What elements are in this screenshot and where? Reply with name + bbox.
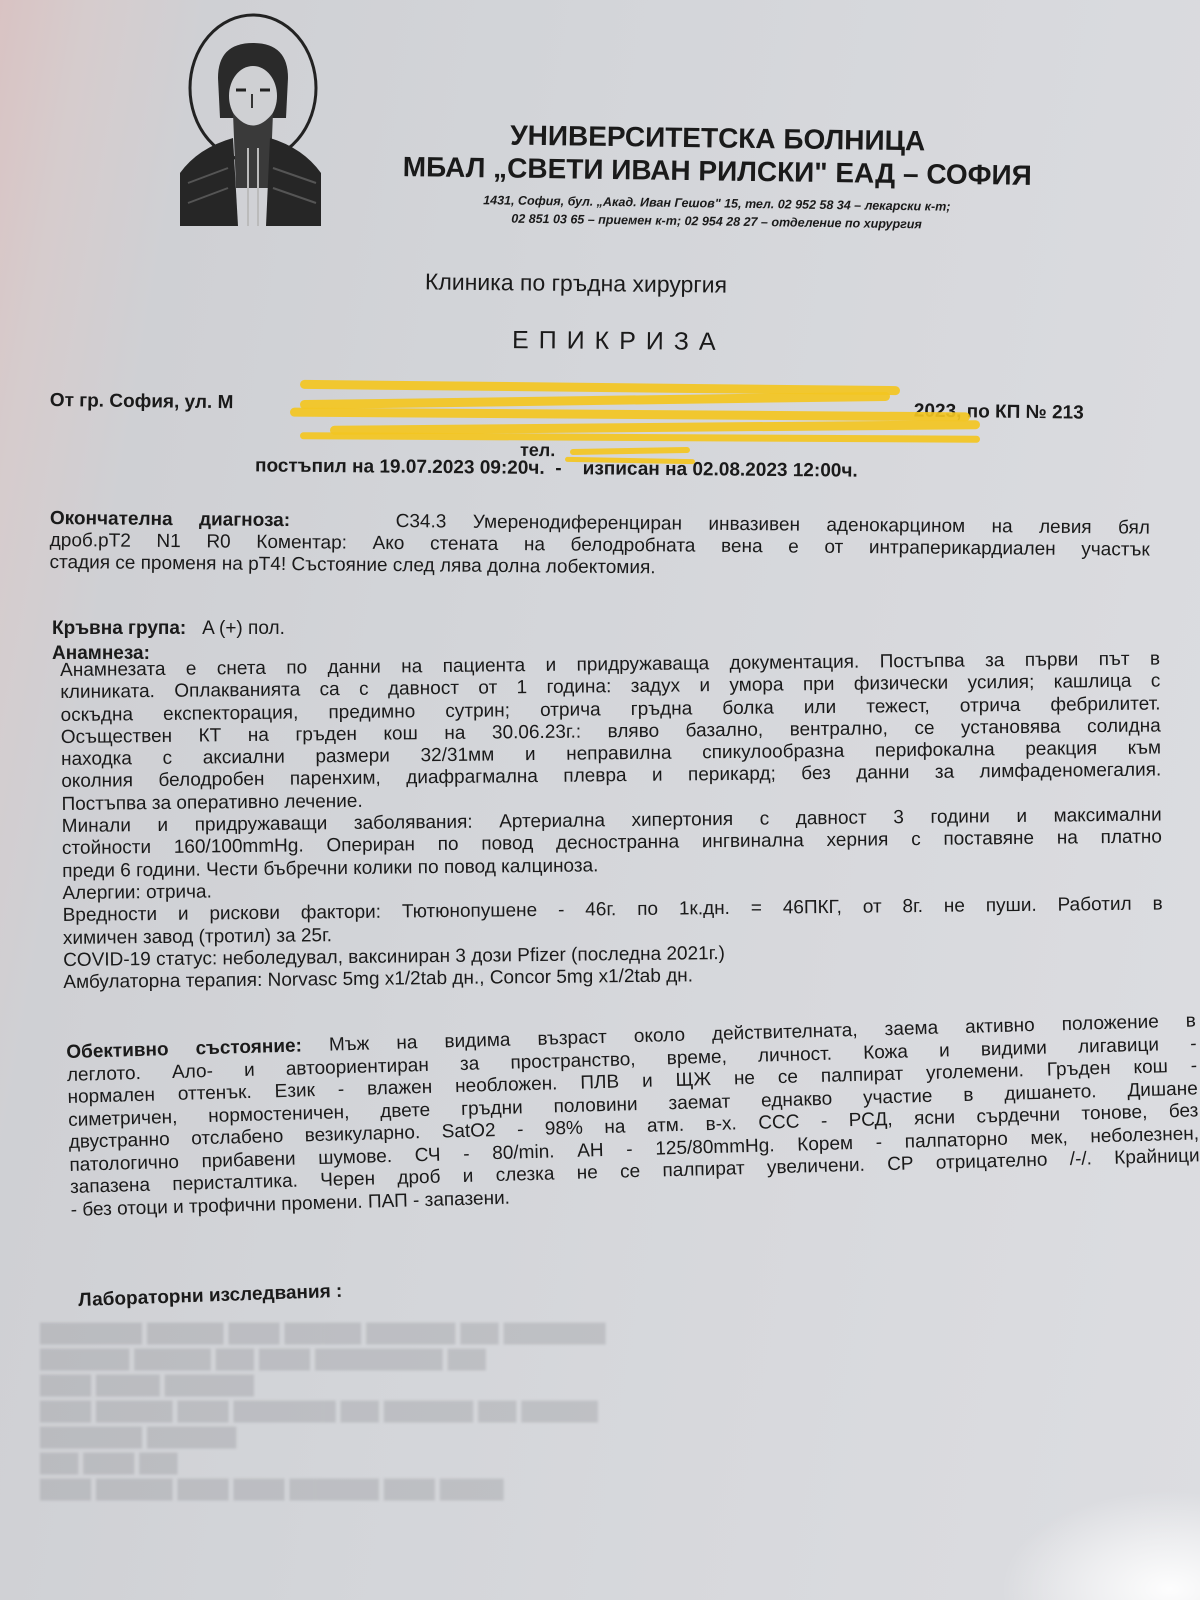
anamnesis-text: Анамнезата е снета по данни на пациента … — [60, 648, 1163, 994]
admission-dates: постъпил на 19.07.2023 09:20ч. - изписан… — [255, 455, 858, 482]
patient-address-prefix: От гр. София, ул. М — [50, 390, 234, 413]
admitted-date: постъпил на 19.07.2023 09:20ч. — [255, 455, 545, 479]
saint-ivan-rilski-logo-icon — [178, 8, 323, 226]
show-through-text: ████████ ██████ ████ ██████ ███████ ███ … — [40, 1320, 1160, 1502]
blood-group: Кръвна група: A (+) пол. — [52, 618, 285, 640]
objective-status: Обективно състояние: Мъж на видима възра… — [66, 1010, 1200, 1221]
final-diagnosis: Окончателна диагноза: C34.3 Умеренодифер… — [49, 508, 1150, 584]
blood-group-value: A (+) пол. — [202, 618, 285, 639]
hospital-header: УНИВЕРСИТЕТСКА БОЛНИЦА МБАЛ „СВЕТИ ИВАН … — [396, 118, 1037, 235]
blood-group-label: Кръвна група: — [52, 618, 186, 639]
light-glare — [1000, 1490, 1200, 1600]
discharged-date: изписан на 02.08.2023 12:00ч. — [583, 458, 858, 481]
diagnosis-label: Окончателна диагноза: — [50, 508, 290, 531]
clinic-name: Клиника по гръдна хирургия — [425, 268, 727, 298]
document-title: ЕПИКРИЗА — [512, 326, 726, 357]
lab-tests-label: Лабораторни изследвания : — [78, 1281, 343, 1312]
